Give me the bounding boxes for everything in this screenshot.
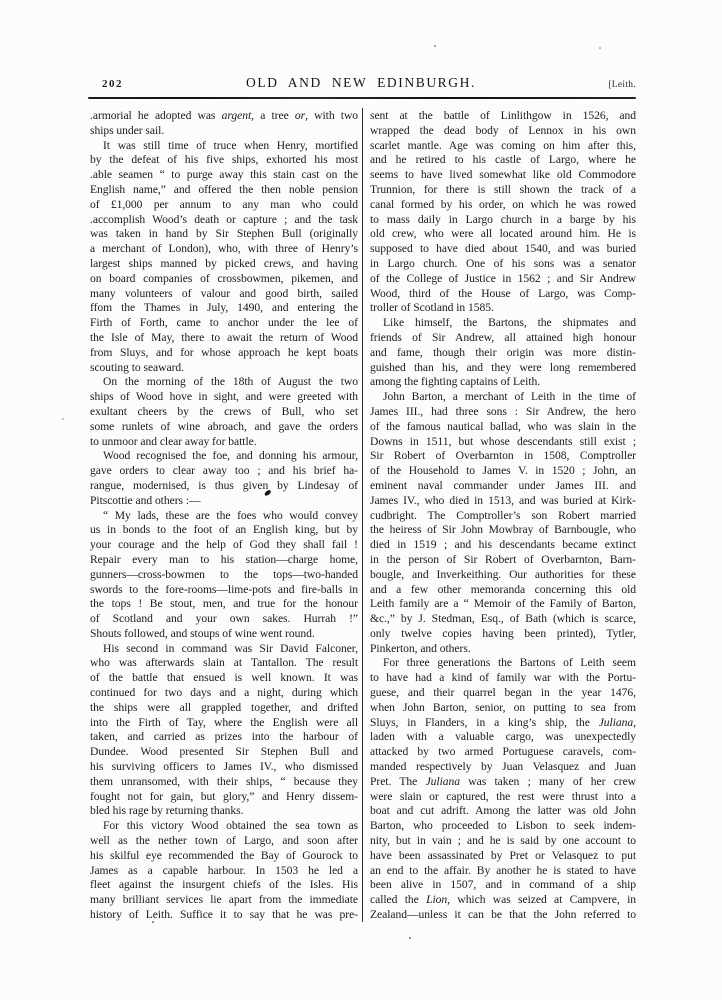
text-line: was taken in hand by Sir Stephen Bull (o… [90,227,358,242]
text-line: .able seamen “ to purge away this stain … [90,168,358,183]
text-line: in Largo church. One of his sons was a s… [370,257,636,272]
text-line: continued for two days and a night, duri… [90,686,358,701]
text-line: supposed to have died about 1540, and wa… [370,242,636,257]
text-line: cudbright. The Comptroller’s son Robert … [370,509,636,524]
text-line: Sir Robert of Overbarnton in 1508, Compt… [370,449,636,464]
text-line: James III., had three sons : Sir Andrew,… [370,405,636,420]
text-line: the tops ! Be stout, men, and true for t… [90,597,358,612]
text-line: English name,” and offered the then nobl… [90,183,358,198]
text-line: an end to the affair. By another he is s… [370,864,636,879]
text-line: His second in command was Sir David Falc… [90,642,358,657]
ink-speck [409,937,411,939]
text-line: friends of Sir Andrew, all attained high… [370,331,636,346]
text-line: among the fighting captains of Leith. [370,375,636,390]
column-divider-rule [362,108,363,922]
text-line: his skilful eye recommended the Bay of G… [90,849,358,864]
header-rule [88,97,636,99]
text-line: Wood recognised the foe, and donning his… [90,449,358,464]
text-line: sent at the battle of Linlithgow in 1526… [370,109,636,124]
text-line: of the Household to James V. in 1520 ; J… [370,464,636,479]
text-line: For this victory Wood obtained the sea t… [90,819,358,834]
text-line: Repair every man to his station—charge h… [90,553,358,568]
ink-speck [62,418,64,420]
text-line: to have had a kind of family war with th… [370,671,636,686]
text-line: bougle, and Inverkeithing. Our authoriti… [370,568,636,583]
text-line: guese, and their quarrel began in the ye… [370,686,636,701]
text-line: Wood, third of the House of Largo, was C… [370,287,636,302]
text-line: wrapped the dead body of Lennox in his o… [370,124,636,139]
text-line: history of Leith. Suffice it to say that… [90,908,358,923]
text-line: scouting to seaward. [90,361,358,376]
text-line: and a few other memoranda concerning thi… [370,583,636,598]
text-line: them unransomed, with their ships, “ bec… [90,775,358,790]
text-line: Pinkerton, and others. [370,642,636,657]
text-line: James IV., who died in 1513, and was bur… [370,494,636,509]
text-line: exultant cheers by the crews of Bull, wh… [90,405,358,420]
text-line: .armorial he adopted was argent, a tree … [90,109,358,124]
text-line: the Isle of May, there to await the retu… [90,331,358,346]
text-line: us in bonds to the foot of an English ki… [90,523,358,538]
text-line: gave orders to clear away too ; and his … [90,464,358,479]
text-line: manded respectively by Juan Velasquez an… [370,760,636,775]
text-line: were slain or captured, the rest were th… [370,790,636,805]
book-page: 202 OLD AND NEW EDINBURGH. [Leith. .armo… [0,0,722,1000]
text-line: Sluys, in Flanders, in a king’s ship, th… [370,716,636,731]
text-line: and he retired to his castle of Largo, w… [370,153,636,168]
text-line: It was still time of truce when Henry, m… [90,139,358,154]
text-line: James as a capable harbour. In 1503 he l… [90,864,358,879]
text-line: Dundee. Wood presented Sir Stephen Bull … [90,745,358,760]
text-line: swords to the fore-rooms—lime-pots and f… [90,583,358,598]
text-line: been alive in 1507, and in command of a … [370,878,636,893]
text-line: well as the nether town of Largo, and so… [90,834,358,849]
text-line: canal formed by his order, on which he w… [370,198,636,213]
text-line: to unmoor and clear away for battle. [90,435,358,450]
text-line: ships under sail. [90,124,358,139]
text-line: old crew, who were all located around hi… [370,227,636,242]
text-line: bled his rage by returning thanks. [90,804,358,819]
text-line: gunners—cross-bowmen to the tops—two-han… [90,568,358,583]
text-line: in the person of Sir Robert of Overbarnt… [370,553,636,568]
text-line: Firth of Forth, came to anchor under the… [90,316,358,331]
running-head-chapter-label: [Leith. [608,80,636,90]
text-line: some runlets of wine abroach, and gave t… [90,420,358,435]
text-line: called the Lion, which was seized at Cam… [370,893,636,908]
text-line: to mass daily in Largo church in a barge… [370,213,636,228]
text-line: taken, and carried as prizes into the ha… [90,730,358,745]
text-line: eminent naval commander under James III.… [370,479,636,494]
text-line: Zealand—unless it can be that the John r… [370,908,636,923]
ink-speck [434,45,436,47]
text-line: On the morning of the 18th of August the… [90,375,358,390]
text-line: Barton, who proceeded to Lisbon to seek … [370,819,636,834]
text-line: guished than his, and they were long rem… [370,361,636,376]
text-line: from Sluys, and for whose approach he ke… [90,346,358,361]
text-line: of the battle that ensued is well known.… [90,671,358,686]
text-line: many brilliant services lie apart from t… [90,893,358,908]
text-line: fleet against the insurgent chiefs of th… [90,878,358,893]
text-line: of Scotland and your own sakes. Hurrah !… [90,612,358,627]
text-line: seems to have lived somewhat like old Co… [370,168,636,183]
text-line: into the Firth of Tay, where the English… [90,716,358,731]
text-line: his surviving officers to James IV., who… [90,760,358,775]
text-line: scarlet mantle. Age was coming on him af… [370,139,636,154]
text-line: the heiress of Sir John Mowbray of Barnb… [370,523,636,538]
text-line: Pitscottie and others :— [90,494,358,509]
text-line: boat and cut adrift. Among the latter wa… [370,804,636,819]
text-line: attacked by two armed Portuguese caravel… [370,745,636,760]
text-line: died in 1519 ; and his descendants becam… [370,538,636,553]
text-line: Downs in 1511, but whose descendants sti… [370,435,636,450]
page-number: 202 [102,78,123,90]
text-line: Trunnion, for there is still shown the t… [370,183,636,198]
text-line: of £1,000 per annum to any man who could [90,198,358,213]
ink-speck [599,47,601,49]
text-line: Like himself, the Bartons, the shipmates… [370,316,636,331]
text-line: Shouts followed, and stoups of wine went… [90,627,358,642]
text-column-left: .armorial he adopted was argent, a tree … [90,109,358,923]
text-line: .accomplish Wood’s death or capture ; an… [90,213,358,228]
text-line: many volunteers of valour and good birth… [90,287,358,302]
text-line: by the defeat of his five ships, exhorte… [90,153,358,168]
text-line: laden with a valuable cargo, was unexpec… [370,730,636,745]
text-line: “ My lads, these are the foes who would … [90,509,358,524]
text-line: rangue, modernised, is thus given by Lin… [90,479,358,494]
text-line: your courage and the help of God they sh… [90,538,358,553]
text-line: who was afterwards slain at Tantallon. T… [90,656,358,671]
text-line: fought not for gain, but glory,” and Hen… [90,790,358,805]
text-line: only twelve copies having been printed),… [370,627,636,642]
text-line: For three generations the Bartons of Lei… [370,656,636,671]
text-line: a merchant of London), who, with three o… [90,242,358,257]
text-line: have been assassinated by Pret or Velasq… [370,849,636,864]
text-line: nity, but in vain ; and he is said by on… [370,834,636,849]
text-line: of the College of Justice in 1562 ; and … [370,272,636,287]
text-line: ffom the Thames in July, 1490, and enter… [90,301,358,316]
text-line: and fame, though their origin was more d… [370,346,636,361]
text-line: largest ships manned by picked crews, an… [90,257,358,272]
text-line: of the famous nautical ballad, who was s… [370,420,636,435]
text-column-right: sent at the battle of Linlithgow in 1526… [370,109,636,923]
text-line: Pret. The Juliana was taken ; many of he… [370,775,636,790]
text-line: on board companies of crossbowmen, pikem… [90,272,358,287]
text-line: Leith family are a “ Memoir of the Famil… [370,597,636,612]
page-title: OLD AND NEW EDINBURGH. [246,75,476,91]
text-line: when John Barton, senior, on putting to … [370,701,636,716]
text-line: &c.,” by J. Stedman, Esq., of Bath (whic… [370,612,636,627]
text-line: John Barton, a merchant of Leith in the … [370,390,636,405]
text-line: troller of Scotland in 1585. [370,301,636,316]
text-line: ships of Wood hove in sight, and were gr… [90,390,358,405]
text-line: the ships were all grappled together, an… [90,701,358,716]
